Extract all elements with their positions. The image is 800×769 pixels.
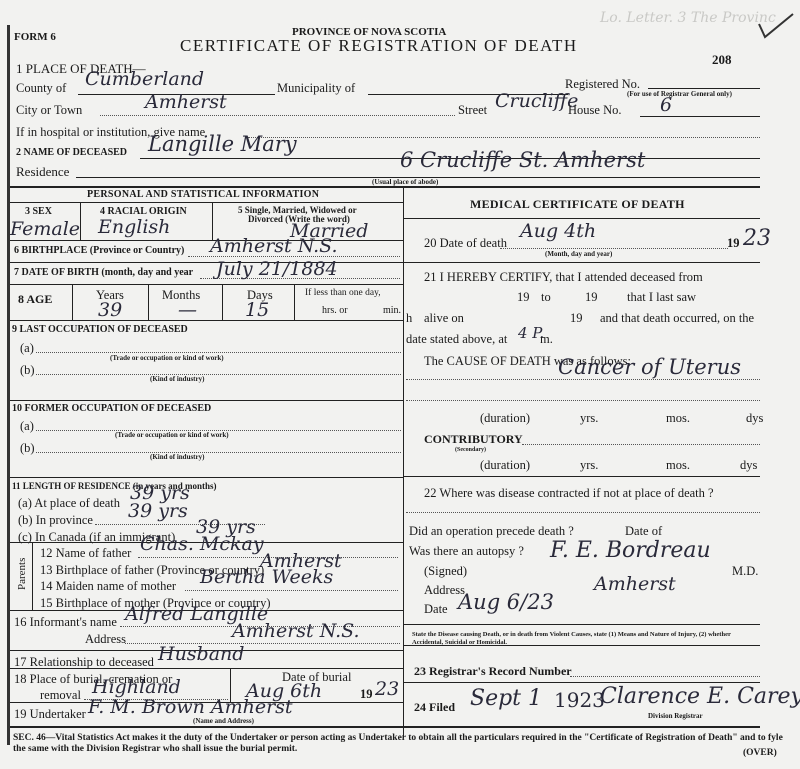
death-year-value: 23 (743, 228, 771, 250)
informant-address-value: Amherst N.S. (232, 622, 360, 641)
personal-info-heading: PERSONAL AND STATISTICAL INFORMATION (87, 190, 319, 200)
burial-year-value: 23 (375, 680, 399, 699)
county-value: Cumberland (85, 70, 204, 89)
medical-certificate-heading: MEDICAL CERTIFICATE OF DEATH (470, 198, 685, 210)
informant-name-label: 16 Informant's name (14, 616, 117, 629)
father-name-value: Chas. Mckay (140, 535, 264, 554)
father-name-label: 12 Name of father (40, 547, 131, 560)
min-label: min. (383, 306, 401, 316)
last-trade-note: (Trade or occupation or kind of work) (110, 355, 224, 362)
autopsy-label: Was there an autopsy ? (409, 545, 524, 558)
registered-no-label: Registered No. (565, 78, 640, 91)
duration-label-1: (duration) (480, 412, 530, 425)
certify-alive-on: alive on (424, 312, 464, 325)
in-province-label: (b) In province (18, 514, 93, 527)
certify-from-year: 19 (517, 291, 530, 304)
mother-name-value: Bertha Weeks (200, 568, 333, 587)
filed-label: 24 Filed (414, 701, 455, 713)
cert-date-value: Aug 6/23 (458, 592, 554, 613)
undertaker-label: 19 Undertaker (14, 708, 86, 721)
parents-side-label: Parents (16, 558, 28, 590)
filed-year: 1923 (554, 690, 605, 710)
name-of-deceased-value: Langille Mary (148, 134, 297, 155)
age-label: 8 AGE (18, 293, 52, 305)
yrs-label-1: yrs. (580, 412, 598, 425)
cause-of-death-value: Cancer of Uterus (558, 357, 741, 378)
at-place-label: (a) At place of death (18, 497, 120, 510)
last-industry-note: (Kind of industry) (150, 376, 204, 383)
former-trade-note: (Trade or occupation or kind of work) (115, 432, 229, 439)
operation-date-label: Date of (625, 525, 662, 538)
certify-to-year: 19 (585, 291, 598, 304)
division-registrar-label: Division Registrar (648, 713, 703, 720)
years-value: 39 (98, 301, 122, 320)
last-occupation-b-label: (b) (20, 364, 35, 377)
former-occupation-a-label: (a) (20, 420, 34, 433)
death-certificate: Lo. Letter. 3 The Provinc FORM 6 PROVINC… (0, 0, 800, 769)
birthplace-label: 6 BIRTHPLACE (Province or Country) (14, 246, 184, 256)
signed-label: (Signed) (424, 565, 467, 578)
certify-death-occurred: and that death occurred, on the (600, 312, 754, 325)
burial-year-prefix: 19 (360, 688, 373, 701)
certify-date-stated: date stated above, at (406, 333, 507, 346)
last-occupation-heading: 9 LAST OCCUPATION OF DECEASED (12, 325, 188, 335)
relationship-value: Husband (158, 645, 244, 664)
undertaker-note: (Name and Address) (193, 718, 254, 725)
residence-value: 6 Crucliffe St. Amherst (400, 150, 645, 171)
mos-label-1: mos. (666, 412, 690, 425)
form-number: FORM 6 (14, 32, 56, 43)
certify-to: to (541, 291, 551, 304)
registered-no-note: (For use of Registrar General only) (627, 91, 732, 98)
county-label: County of (16, 82, 66, 95)
duration-label-2: (duration) (480, 459, 530, 472)
date-of-death-note: (Month, day and year) (545, 251, 612, 258)
undertaker-value: F. M. Brown Amherst (88, 698, 293, 717)
sex-label: 3 SEX (25, 207, 52, 217)
former-occupation-b-label: (b) (20, 442, 35, 455)
left-border (7, 25, 10, 745)
dys-label-2: dys (740, 459, 757, 472)
last-occupation-a-label: (a) (20, 342, 34, 355)
cert-date-label: Date (424, 603, 448, 616)
mother-name-label: 14 Maiden name of mother (40, 580, 176, 593)
hrs-label: hrs. or (322, 306, 348, 316)
house-no-label: House No. (568, 104, 621, 117)
certify-h: h (406, 312, 412, 325)
certify-last-saw: that I last saw (627, 291, 696, 304)
physician-signature: F. E. Bordreau (550, 540, 711, 562)
checkmark-icon (755, 10, 795, 40)
former-industry-note: (Kind of industry) (150, 454, 204, 461)
dys-label-1: dys (746, 412, 763, 425)
birthplace-value: Amherst N.S. (210, 237, 338, 256)
burial-place-value: Highland (92, 678, 181, 697)
city-label: City or Town (16, 104, 82, 117)
burial-place-label-2: removal (40, 689, 81, 702)
city-value: Amherst (145, 93, 227, 112)
in-province-value: 39 yrs (128, 502, 188, 521)
date-of-birth-value: July 21/1884 (216, 260, 338, 279)
certify-alive-year: 19 (570, 312, 583, 325)
mos-label-2: mos. (666, 459, 690, 472)
name-of-deceased-label: 2 NAME OF DECEASED (16, 148, 127, 158)
residence-label: Residence (16, 165, 69, 178)
registration-stamp: 208 (712, 53, 732, 66)
md-label: M.D. (732, 565, 758, 578)
date-of-birth-label: 7 DATE OF BIRTH (month, day and year (14, 268, 193, 278)
former-occupation-heading: 10 FORMER OCCUPATION OF DECEASED (12, 404, 211, 414)
racial-origin-value: English (98, 218, 170, 237)
filed-date-value: Sept 1 (470, 688, 542, 710)
contributory-label: CONTRIBUTORY (424, 433, 523, 445)
death-year-prefix: 19 (727, 237, 740, 250)
informant-address-label: Address (85, 633, 126, 646)
street-value: Crucliffe (495, 92, 578, 111)
sex-value: Female (10, 220, 80, 239)
relationship-label: 17 Relationship to deceased (14, 656, 154, 669)
q22-label: 22 Where was disease contracted if not a… (424, 487, 714, 500)
record-number-label: 23 Registrar's Record Number (414, 665, 572, 677)
date-of-death-value: Aug 4th (520, 222, 596, 241)
residence-note: (Usual place of abode) (372, 179, 438, 186)
less-than-day-label: If less than one day, (305, 289, 381, 299)
footer-note: SEC. 46—Vital Statistics Act makes it th… (13, 733, 793, 755)
certify-line-1: 21 I HEREBY CERTIFY, that I attended dec… (424, 271, 703, 284)
months-value: — (178, 301, 197, 320)
registrar-signature: Clarence E. Carey (600, 686, 800, 708)
municipality-label: Municipality of (277, 82, 355, 95)
days-value: 15 (245, 301, 269, 320)
secondary-note: (Secondary) (455, 447, 486, 453)
over-label: (OVER) (743, 749, 777, 759)
bleed-through-text: Lo. Letter. 3 The Provinc (600, 10, 776, 26)
certificate-title: CERTIFICATE OF REGISTRATION OF DEATH (180, 36, 578, 56)
house-no-value: 6 (660, 96, 672, 115)
time-suffix: m. (540, 333, 553, 346)
yrs-label-2: yrs. (580, 459, 598, 472)
date-of-death-label: 20 Date of death (424, 237, 507, 250)
street-label: Street (458, 104, 487, 117)
operation-label: Did an operation precede death ? (409, 525, 574, 538)
physician-address-value: Amherst (594, 575, 676, 594)
